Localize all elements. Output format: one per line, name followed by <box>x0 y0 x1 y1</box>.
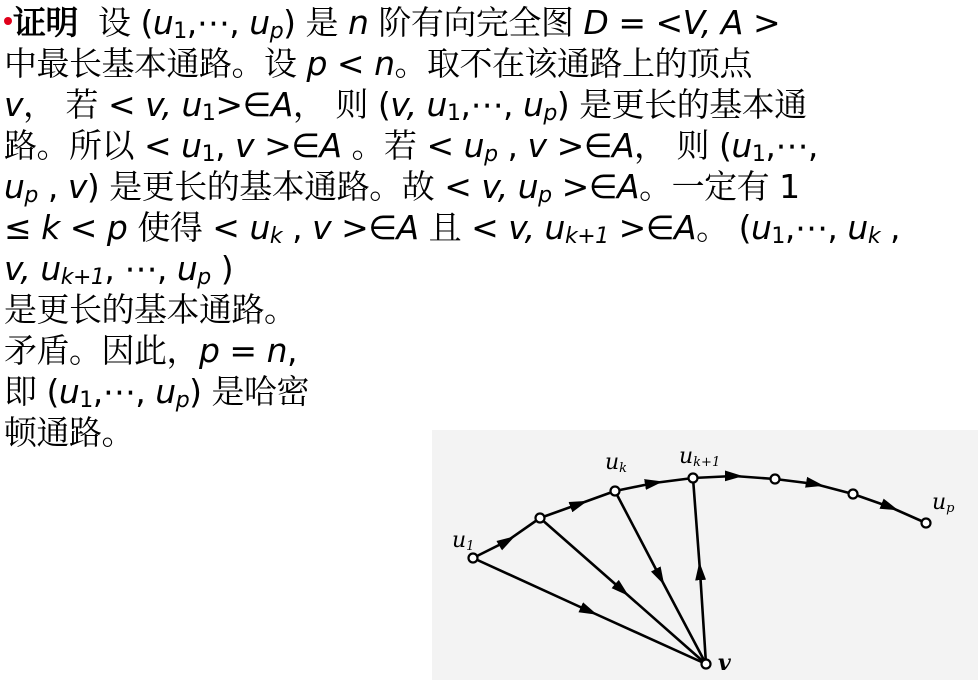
node-up <box>922 519 931 528</box>
proof-heading: 证明 <box>13 3 78 42</box>
label-u1: u1 <box>452 528 474 553</box>
proof-line-6: ≤ k < p 使得 < uk , v >∈A 且 < v, uk+1 >∈A。… <box>4 207 978 248</box>
proof-line-8: 是更长的基本通路。 <box>4 289 978 330</box>
proof-line-10: 即 (u1,⋯, up) 是哈密 <box>4 371 978 412</box>
proof-line-5: up , v) 是更长的基本通路。故 < v, up >∈A。一定有 1 <box>4 166 978 207</box>
hamiltonian-path-diagram: u1 uk uk+1 up v <box>432 430 978 680</box>
label-v: v <box>718 650 731 676</box>
proof-line-9: 矛盾。因此，p = n, <box>4 330 978 371</box>
node-uk1 <box>689 474 698 483</box>
proof-text: 证明 设 (u1,⋯, up) 是 n 阶有向完全图 D = <V, A > 中… <box>4 2 978 453</box>
label-uk1: uk+1 <box>679 444 720 469</box>
node-u1 <box>469 554 478 563</box>
proof-line-2: 中最长基本通路。设 p < n。取不在该通路上的顶点 <box>4 43 978 84</box>
label-uk: uk <box>605 450 627 475</box>
node-5 <box>771 475 780 484</box>
proof-line-7: v, uk+1, ⋯, up ) <box>4 248 978 289</box>
edges <box>473 476 926 664</box>
node-uk <box>611 487 620 496</box>
node-2 <box>536 514 545 523</box>
node-v <box>702 660 711 669</box>
node-6 <box>849 490 858 499</box>
label-up: up <box>932 490 955 515</box>
proof-line-4: 路。所以 < u1, v >∈A 。若 < up , v >∈A， 则 (u1,… <box>4 125 978 166</box>
proof-line-1: 证明 设 (u1,⋯, up) 是 n 阶有向完全图 D = <V, A > <box>4 2 978 43</box>
bullet-icon <box>4 17 12 25</box>
proof-line-3: v， 若 < v, u1>∈A， 则 (v, u1,⋯, up) 是更长的基本通 <box>4 84 978 125</box>
